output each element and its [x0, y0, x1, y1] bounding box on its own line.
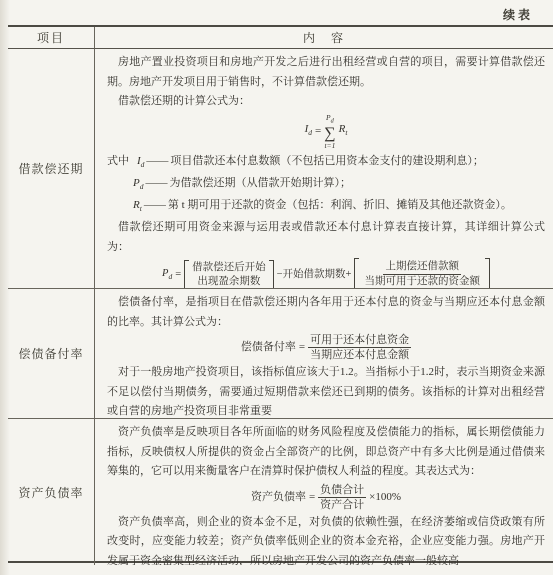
symbol-definition: Pd —— 为借款偿还期（从借款开始期计算）；: [107, 174, 545, 196]
symbol-definition: 式中 Id —— 项目借款还本付息数额（不包括已用资本金支付的建设期利息）；: [107, 152, 545, 174]
definition-dash: ——: [146, 152, 168, 170]
formula-asset-liability-ratio: 资产负债率 = 负债合计 资产合计 ×100%: [107, 483, 545, 512]
row-label-debt-service-coverage: 偿债备付率: [8, 289, 95, 419]
formula-lhs: 偿债备付率: [241, 341, 296, 354]
row-content-asset-liability-ratio: 资产负债率是反映项目各年所面临的财务风险程度及偿债能力的指标，属长期偿债能力指标…: [95, 419, 553, 565]
symbol-term: Id: [137, 152, 144, 174]
row-content-debt-service-coverage: 偿债备付率，是指项目在借款偿还期内各年用于还本付息的资金与当期应还本付息金额的比…: [95, 289, 553, 419]
sigma-icon: ∑: [324, 126, 335, 141]
bracket-surplus-periods: 借款偿还后开始 出现盈余期数: [184, 260, 274, 289]
paragraph: 资产负债率是反映项目各年所面临的财务风险程度及偿债能力的指标，属长期偿债能力指标…: [107, 423, 545, 482]
sum-lower-limit: t=1: [324, 141, 335, 150]
equals-sign: =: [315, 125, 321, 138]
header-cell-content: 内 容: [95, 27, 553, 49]
fraction: 上期偿还借款额 当期可用于还款的资金额: [362, 260, 482, 289]
bracket-fraction: 上期偿还借款额 当期可用于还款的资金额: [354, 258, 490, 289]
row-content-loan-repayment-period: 房地产置业投资项目和房地产开发之后进行出租经营或自营的项目，需要计算借款偿还期。…: [95, 49, 553, 289]
paragraph: 资产负债率高，则企业的资本金不足，对负债的依赖性强，在经济萎缩或信贷政策有所改变…: [107, 513, 545, 566]
formula-loan-repayment-sum: Id = Pd ∑ t=1 Rt: [107, 113, 545, 151]
paragraph: 偿债备付率，是指项目在借款偿还期内各年用于还本付息的资金与当期应还本付息金额的比…: [107, 293, 545, 332]
definition-text: 项目借款还本付息数额（不包括已用资本金支付的建设期利息）；: [170, 152, 545, 170]
summation-symbol: Pd ∑ t=1: [324, 113, 335, 150]
right-bracket-icon: [269, 260, 274, 289]
equals-sign: =: [299, 341, 305, 354]
continued-table-label: 续表: [503, 6, 533, 23]
row-label-asset-liability-ratio: 资产负债率: [8, 419, 95, 565]
indicator-table: 项目 内 容 借款偿还期 房地产置业投资项目和房地产开发之后进行出租经营或自营的…: [8, 25, 553, 563]
bracket-line-2: 出现盈余期数: [192, 275, 266, 289]
percent-multiplier: ×100%: [369, 491, 401, 504]
paragraph: 借款偿还期的计算公式为：: [107, 92, 545, 112]
paragraph: 对于一般房地产投资项目，该指标值应该大于1.2。当指标小于1.2时，表示当期资金…: [107, 363, 545, 419]
fraction-denominator: 当期应还本付息金额: [308, 348, 411, 362]
fraction-numerator: 上期偿还借款额: [383, 260, 461, 275]
fraction-denominator: 当期可用于还款的资金额: [362, 275, 482, 289]
fraction: 负债合计 资产合计: [318, 483, 366, 512]
definition-text: 第 t 期可用于还款的资金（包括：利润、折旧、摊销及其他还款资金）。: [168, 196, 545, 214]
paragraph: 房地产置业投资项目和房地产开发之后进行出租经营或自营的项目，需要计算借款偿还期。…: [107, 53, 545, 92]
formula-middle-terms: −开始借款期数+: [277, 268, 352, 281]
fraction-denominator: 资产合计: [318, 498, 366, 512]
formula-lhs: Pd: [162, 267, 172, 283]
definition-dash: ——: [144, 196, 166, 214]
symbol-term: Rt: [133, 196, 142, 218]
symbol-term: Pd: [133, 174, 143, 196]
definition-dash: ——: [145, 174, 167, 192]
fraction-numerator: 可用于还本付息资金: [308, 333, 411, 348]
symbol-definition: Rt —— 第 t 期可用于还款的资金（包括：利润、折旧、摊销及其他还款资金）。: [107, 196, 545, 218]
equals-sign: =: [175, 268, 181, 281]
fraction: 可用于还本付息资金 当期应还本付息金额: [308, 333, 411, 362]
definition-text: 为借款偿还期（从借款开始期计算）；: [169, 174, 545, 192]
where-label: 式中: [107, 152, 129, 170]
formula-lhs: 资产负债率: [251, 491, 306, 504]
paragraph: 借款偿还期可用资金来源与运用表或借款还本付息计算表直接计算，其详细计算公式为：: [107, 218, 545, 257]
row-label-loan-repayment-period: 借款偿还期: [8, 49, 95, 289]
fraction-numerator: 负债合计: [318, 483, 366, 498]
formula-rhs: Rt: [339, 123, 348, 139]
right-bracket-icon: [485, 258, 490, 289]
formula-repayment-period-detail: Pd = 借款偿还后开始 出现盈余期数 −开始借款期数+ 上期偿还借款额 当期可…: [107, 258, 545, 289]
sum-upper-limit: Pd: [326, 113, 334, 126]
formula-debt-service-coverage: 偿债备付率 = 可用于还本付息资金 当期应还本付息金额: [107, 333, 545, 362]
header-cell-item: 项目: [8, 27, 95, 49]
formula-lhs: Id: [305, 123, 312, 139]
equals-sign: =: [309, 491, 315, 504]
bracket-line-1: 借款偿还后开始: [192, 261, 266, 275]
scanned-page: { "page": { "continued_label": "续表" }, "…: [0, 0, 553, 575]
